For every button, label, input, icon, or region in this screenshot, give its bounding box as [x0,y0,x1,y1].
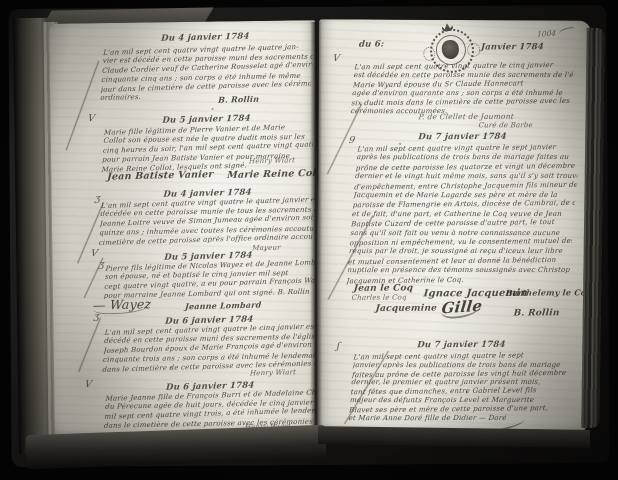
entry-body: L'an mil sept cent quatre vingt quatre l… [348,351,576,423]
right-page: 1004 du 6: Janvier 1784 L'an mil sept ce… [317,19,591,434]
folio-annotation: 1004 [537,27,576,39]
signature: Charles le Coq [351,293,407,301]
entry-body: L'an mil sept cent quatre vingt quatre l… [350,61,575,116]
signature: Henry Wiart [250,368,297,377]
signature: — Wayez [92,296,151,314]
margin-mark: V [90,248,98,259]
entry-body: Marie fille légitime de Pierre Vanier et… [101,123,314,174]
signature: P. de Clellet de Jaumont [418,112,514,121]
margin-mark: V [87,113,95,124]
signature: Jeanne Lombard [185,300,262,312]
entry-body: L'an mil sept cent quatre vingt quatre l… [102,323,317,374]
signature: Barthelemy le Coq [505,287,592,297]
entry-body: L'an mil sept cent quatre vingt quatre l… [98,196,315,247]
entry-body: L'an mil sept cent quatre vingt quatre l… [100,43,314,103]
signature: B. Rollin [513,308,560,318]
signature: B. Rollin [218,94,260,105]
margin-mark: V [332,53,340,64]
entry-date: Du 7 janvier 1784 [352,131,573,142]
signature: Jacquemine [375,304,437,314]
entry-body: Pierre fils légitime de Nicolas Wayez et… [103,259,315,301]
signature: Curé de Barbe [478,121,533,129]
entry-date: du 6: [359,40,385,50]
margin-mark: V [84,379,92,390]
signature: Jean Batiste Vanier [107,169,214,183]
manuscript-scan: Du 4 janvier 1784 L'an mil sept cent qua… [0,0,618,480]
signature: Gille [441,297,484,320]
signature: Henry Wiart [249,156,296,165]
book-gutter [310,22,322,434]
cover-edge-bottom-right [318,426,590,448]
entry-body: L'an mil sept cent quatre vingt quatre l… [346,143,580,285]
entry-date: Janvier 1784 [481,42,545,52]
entry-date: Du 7 janvier 1784 [351,339,572,350]
signature: Jean le Coq [353,283,413,293]
